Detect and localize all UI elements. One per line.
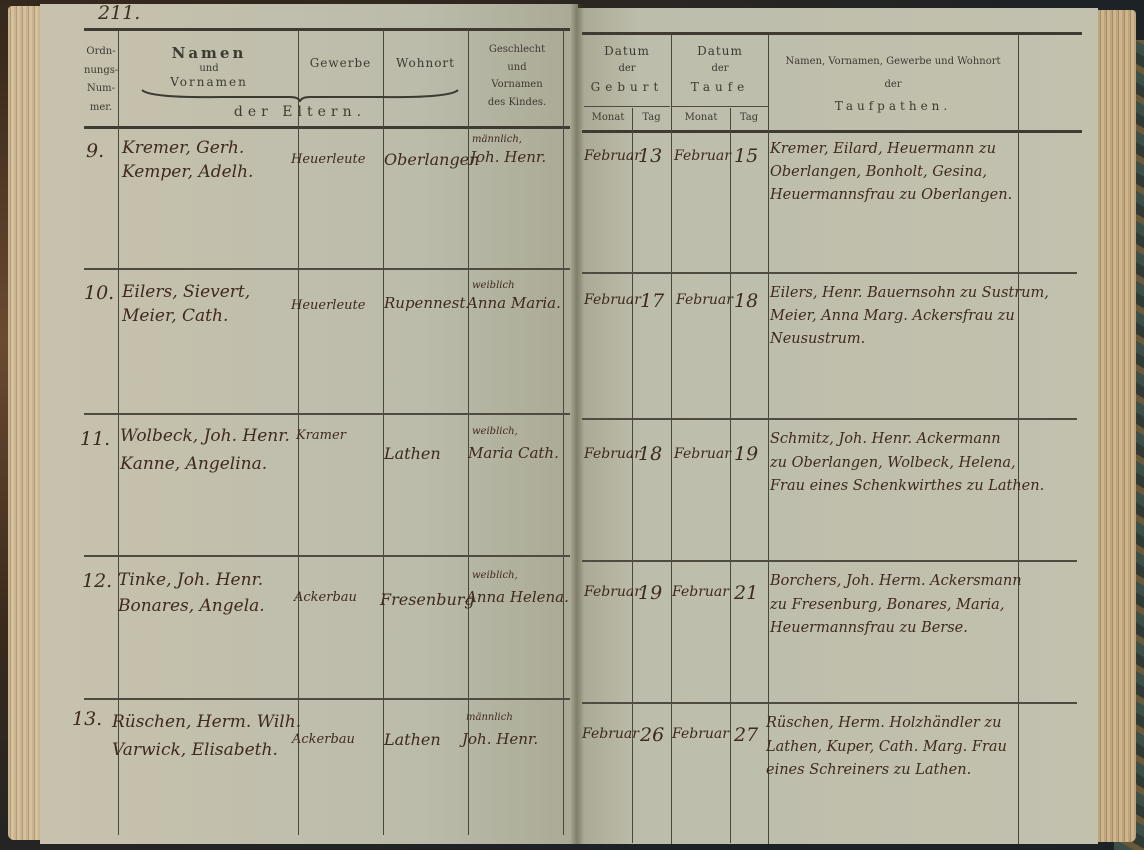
column-rule [671, 34, 672, 844]
baptism-month: Februar [676, 292, 733, 308]
sponsor-line: Meier, Anna Marg. Ackersfrau zu [770, 305, 1015, 328]
header-text: mer. [84, 102, 118, 115]
row-rule [84, 268, 570, 270]
child-name: Maria Cath. [468, 444, 559, 462]
occupation: Kramer [296, 428, 346, 443]
sponsor-line: zu Fresenburg, Bonares, Maria, [770, 594, 1004, 617]
header-gewerbe: Gewerbe [298, 56, 383, 71]
child-name: Anna Helena. [466, 588, 569, 606]
father-name: Eilers, Sievert, [122, 280, 250, 304]
header-datum-taufe: Datum der Taufe [672, 44, 768, 95]
birth-day: 19 [638, 582, 662, 604]
birth-day: 17 [640, 290, 664, 312]
header-text: Geburt [584, 80, 670, 95]
father-name: Rüschen, Herm. Wilh. [112, 710, 301, 734]
mother-name: Kanne, Angelina. [120, 452, 267, 476]
header-ordnungsnummer: Ordn- nungs- Num- mer. [84, 46, 118, 114]
child-name: Joh. Henr. [470, 148, 546, 166]
row-rule [582, 560, 1077, 562]
header-text: und [470, 62, 564, 75]
row-rule [582, 418, 1077, 420]
header-text: Namen, Vornamen, Gewerbe und Wohnort [770, 56, 1016, 69]
header-tag: Tag [632, 112, 671, 125]
baptism-month: Februar [672, 584, 729, 600]
baptism-day: 15 [734, 145, 758, 167]
entry-number: 12. [82, 570, 112, 592]
header-text: Geschlecht [470, 44, 564, 57]
occupation: Ackerbau [294, 590, 357, 605]
baptism-month: Februar [674, 148, 731, 164]
header-text: der [672, 63, 768, 76]
brace-icon [140, 88, 460, 102]
occupation: Heuerleute [291, 152, 365, 167]
baptism-month: Februar [672, 726, 729, 742]
child-sex: weiblich [472, 280, 515, 291]
baptism-day: 27 [734, 724, 758, 746]
header-text: der [770, 79, 1016, 92]
sponsor-line: Schmitz, Joh. Henr. Ackermann [770, 428, 1001, 451]
child-name: Joh. Henr. [462, 730, 538, 748]
row-rule [582, 272, 1077, 274]
header-text: Datum [584, 44, 670, 59]
mother-name: Meier, Cath. [122, 304, 228, 328]
sponsor-line: Heuermannsfrau zu Oberlangen. [770, 184, 1012, 207]
mother-name: Kemper, Adelh. [122, 160, 253, 184]
birth-month: Februar [584, 584, 641, 600]
birth-month: Februar [584, 292, 641, 308]
header-tag: Tag [730, 112, 768, 125]
header-top-rule [84, 28, 570, 31]
entry-number: 11. [80, 428, 110, 450]
mother-name: Varwick, Elisabeth. [112, 738, 278, 762]
header-namen-vornamen: Namen und Vornamen [120, 44, 298, 90]
occupation: Heuerleute [291, 298, 365, 313]
header-der-eltern: der Eltern. [140, 104, 460, 122]
header-bottom-rule [84, 126, 570, 129]
column-rule [563, 30, 564, 835]
residence: Lathen [384, 444, 441, 463]
header-text: Ordn- [84, 46, 118, 59]
header-text: Vornamen [470, 79, 564, 92]
birth-month: Februar [584, 446, 641, 462]
row-rule [582, 702, 1077, 704]
page-edges-right [1092, 10, 1136, 842]
header-monat: Monat [672, 112, 730, 125]
header-wohnort: Wohnort [383, 56, 468, 71]
residence: Lathen [384, 730, 441, 749]
header-geschlecht: Geschlecht und Vornamen des Kindes. [470, 44, 564, 109]
subheader-rule [672, 106, 768, 107]
birth-day: 26 [640, 724, 664, 746]
sponsor-line: Neusustrum. [770, 328, 865, 351]
mother-name: Bonares, Angela. [118, 594, 265, 618]
father-name: Tinke, Joh. Henr. [118, 568, 263, 592]
header-datum-geburt: Datum der Geburt [584, 44, 670, 95]
baptism-day: 21 [734, 582, 758, 604]
baptism-day: 18 [734, 290, 758, 312]
header-text: Taufpathen. [770, 99, 1016, 114]
row-rule [84, 555, 570, 557]
father-name: Wolbeck, Joh. Henr. [120, 424, 290, 448]
sponsor-line: eines Schreiners zu Lathen. [766, 759, 971, 782]
page-number: 211. [98, 2, 140, 24]
entry-number: 9. [86, 140, 104, 162]
birth-day: 18 [638, 443, 662, 465]
header-text: Datum [672, 44, 768, 59]
sponsor-line: Frau eines Schenkwirthes zu Lathen. [770, 475, 1044, 498]
row-rule [84, 698, 570, 700]
column-rule [730, 108, 731, 843]
sponsor-line: zu Oberlangen, Wolbeck, Helena, [770, 452, 1016, 475]
residence: Oberlangen [384, 150, 479, 169]
occupation: Ackerbau [292, 732, 355, 747]
header-text: des Kindes. [470, 97, 564, 110]
header-text: Num- [84, 83, 118, 96]
header-text: der [584, 63, 670, 76]
sponsor-line: Lathen, Kuper, Cath. Marg. Frau [766, 736, 1007, 759]
header-taufpathen: Namen, Vornamen, Gewerbe und Wohnort der… [770, 56, 1016, 114]
row-rule [84, 413, 570, 415]
sponsor-line: Kremer, Eilard, Heuermann zu [770, 138, 996, 161]
header-text: Namen [120, 44, 298, 63]
sponsor-line: Oberlangen, Bonholt, Gesina, [770, 161, 987, 184]
birth-month: Februar [582, 726, 639, 742]
header-top-rule-right [582, 32, 1082, 35]
birth-month: Februar [584, 148, 641, 164]
entry-number: 10. [84, 282, 114, 304]
baptism-day: 19 [734, 443, 758, 465]
baptism-month: Februar [674, 446, 731, 462]
subheader-rule [584, 106, 670, 107]
residence: Fresenburg [380, 590, 475, 609]
header-bottom-rule-right [582, 130, 1082, 133]
entry-number: 13. [72, 708, 102, 730]
sponsor-line: Borchers, Joh. Herm. Ackersmann [770, 570, 1022, 593]
child-sex: weiblich, [472, 570, 518, 581]
column-rule [1018, 34, 1019, 844]
child-sex: männlich, [472, 134, 522, 145]
header-text: Taufe [672, 80, 768, 95]
sponsor-line: Rüschen, Herm. Holzhändler zu [766, 712, 1001, 735]
child-sex: weiblich, [472, 426, 518, 437]
child-sex: männlich [466, 712, 513, 723]
sponsor-line: Heuermannsfrau zu Berse. [770, 617, 968, 640]
header-text: und [120, 63, 298, 76]
birth-day: 13 [638, 145, 662, 167]
sponsor-line: Eilers, Henr. Bauernsohn zu Sustrum, [770, 282, 1049, 305]
header-monat: Monat [584, 112, 632, 125]
father-name: Kremer, Gerh. [122, 136, 244, 160]
child-name: Anna Maria. [467, 294, 561, 312]
residence: Rupennest [384, 294, 465, 312]
header-text: nungs- [84, 65, 118, 78]
